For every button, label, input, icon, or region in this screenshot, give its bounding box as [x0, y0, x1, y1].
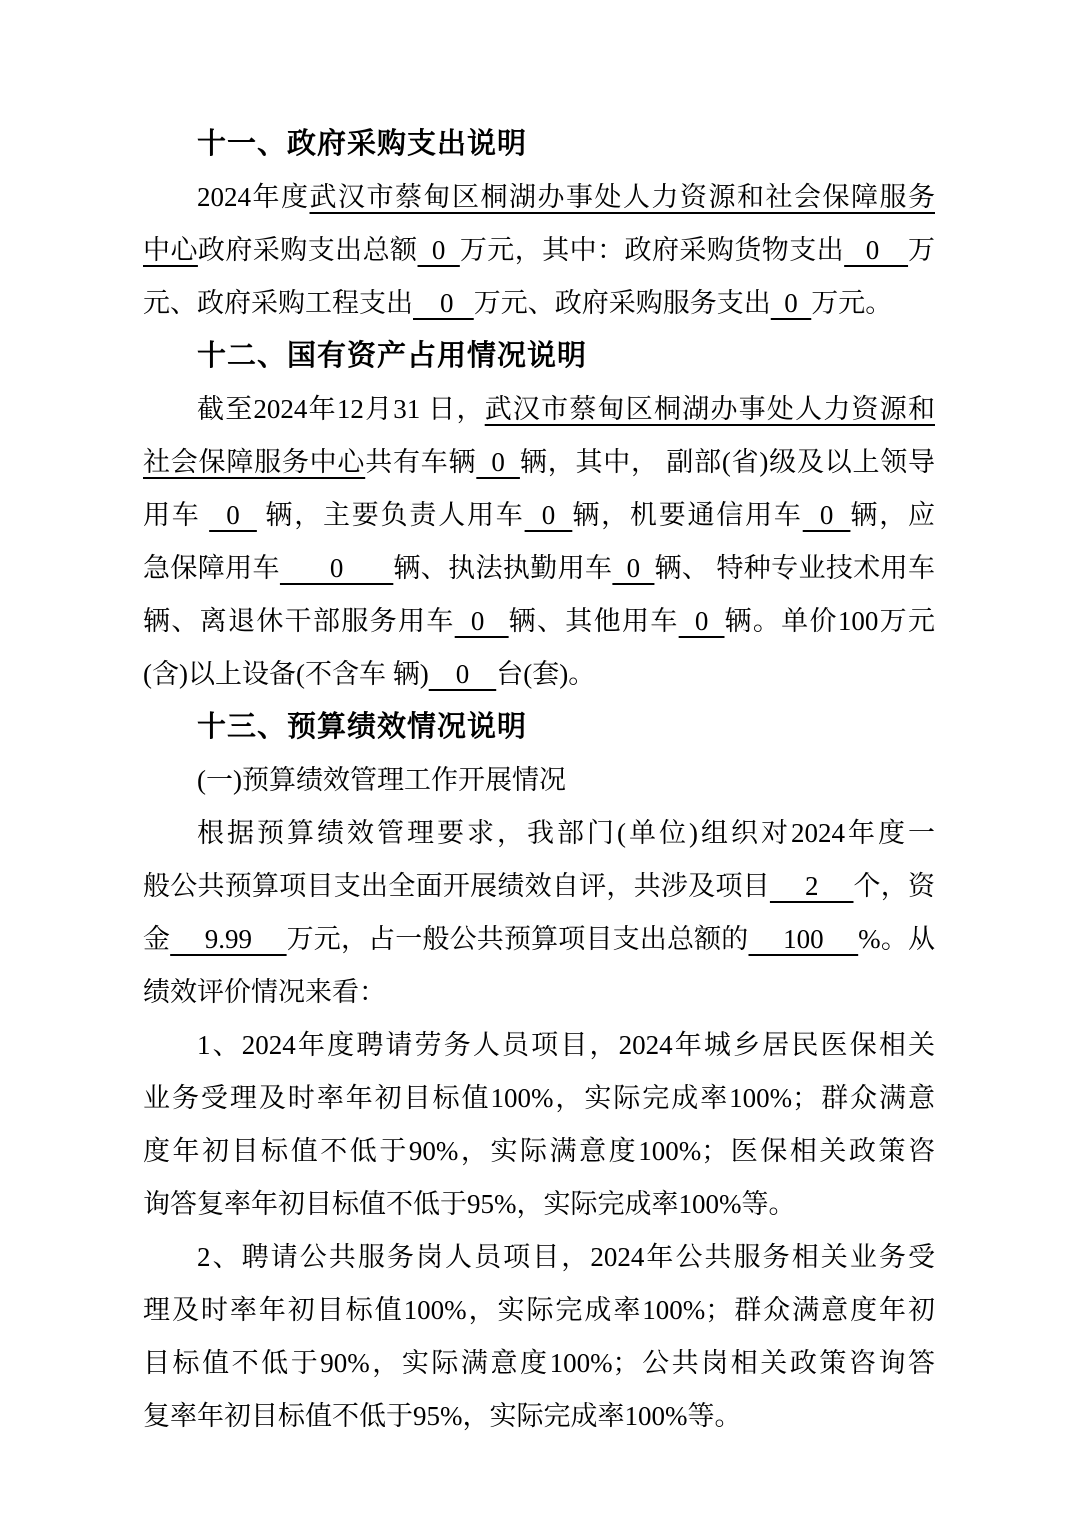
- underlined-blank-value: 武汉市蔡甸区桐湖办事处人力资源和: [485, 394, 935, 424]
- text-line: 2、聘请公共服务岗人员项目，2024年公共服务相关业务受: [143, 1231, 935, 1284]
- section-heading: 十一、政府采购支出说明: [143, 118, 935, 171]
- text-segment: 万: [908, 235, 935, 265]
- text-line: 1、2024年度聘请劳务人员项目，2024年城乡居民医保相关: [143, 1019, 935, 1072]
- text-segment: 1、2024年度聘请劳务人员项目，2024年城乡居民医保相关: [197, 1030, 935, 1060]
- text-segment: 政府采购支出总额: [198, 235, 418, 265]
- text-segment: 询答复率年初目标值不低于95%，实际完成率100%等。: [143, 1189, 795, 1219]
- text-line: 急保障用车 0 辆、执法执勤用车 0 辆、 特种专业技术用车: [143, 542, 935, 595]
- text-segment: %。从: [858, 924, 935, 954]
- text-segment: (含)以上设备(不含车 辆): [143, 659, 429, 689]
- underlined-blank-value: 0: [455, 606, 509, 636]
- underlined-blank-value: 0: [525, 500, 573, 530]
- underlined-blank-value: 100: [748, 924, 858, 954]
- text-segment: 用车: [143, 500, 209, 530]
- text-segment: 理及时率年初目标值100%，实际完成率100%；群众满意度年初: [143, 1295, 935, 1325]
- text-segment: 万元。: [811, 288, 892, 318]
- text-segment: 个，资: [854, 871, 936, 901]
- text-line: 中心政府采购支出总额 0 万元，其中：政府采购货物支出 0 万: [143, 224, 935, 277]
- text-line: 2024年度武汉市蔡甸区桐湖办事处人力资源和社会保障服务: [143, 171, 935, 224]
- text-segment: 辆。单价100万元: [725, 606, 936, 636]
- text-segment: 截至2024年12月31 日，: [197, 394, 485, 424]
- heading-text: 十一、政府采购支出说明: [197, 128, 527, 160]
- underlined-blank-value: 0: [280, 553, 393, 583]
- text-line: 用车 0 辆，主要负责人用车 0 辆，机要通信用车 0 辆，应: [143, 489, 935, 542]
- underlined-blank-value: 0: [612, 553, 654, 583]
- text-segment: 辆，主要负责人用车: [257, 500, 525, 530]
- text-line: 辆、离退休干部服务用车 0 辆、其他用车 0 辆。单价100万元: [143, 595, 935, 648]
- text-segment: 万元，其中：政府采购货物支出: [460, 235, 844, 265]
- text-segment: 万元，占一般公共预算项目支出总额的: [287, 924, 749, 954]
- text-segment: 2、聘请公共服务岗人员项目，2024年公共服务相关业务受: [197, 1242, 935, 1272]
- underlined-blank-value: 0: [418, 235, 460, 265]
- text-segment: 辆、 特种专业技术用车: [654, 553, 935, 583]
- text-segment: 台(套)。: [496, 659, 595, 689]
- text-line: 社会保障服务中心共有车辆 0 辆，其中， 副部(省)级及以上领导: [143, 436, 935, 489]
- text-line: 业务受理及时率年初目标值100%，实际完成率100%；群众满意: [143, 1072, 935, 1125]
- underlined-blank-value: 0: [209, 500, 257, 530]
- underlined-blank-value: 0: [476, 447, 520, 477]
- text-segment: 目标值不低于90%，实际满意度100%；公共岗相关政策咨询答: [143, 1348, 935, 1378]
- underlined-blank-value: 2: [770, 871, 854, 901]
- text-segment: 绩效评价情况来看：: [143, 977, 386, 1007]
- heading-text: 十三、预算绩效情况说明: [197, 711, 527, 743]
- text-segment: 急保障用车: [143, 553, 280, 583]
- underlined-blank-value: 社会保障服务中心: [143, 447, 365, 477]
- text-segment: 业务受理及时率年初目标值100%，实际完成率100%；群众满意: [143, 1083, 935, 1113]
- text-line: 度年初目标值不低于90%，实际满意度100%；医保相关政策咨: [143, 1125, 935, 1178]
- text-line: 根据预算绩效管理要求，我部门(单位)组织对2024年度一: [143, 807, 935, 860]
- text-segment: 金: [143, 924, 170, 954]
- text-line: 目标值不低于90%，实际满意度100%；公共岗相关政策咨询答: [143, 1337, 935, 1390]
- text-line: (一)预算绩效管理工作开展情况: [143, 754, 935, 807]
- underlined-blank-value: 中心: [143, 235, 198, 265]
- text-segment: 复率年初目标值不低于95%，实际完成率100%等。: [143, 1401, 741, 1431]
- text-line: 元、政府采购工程支出 0 万元、政府采购服务支出 0 万元。: [143, 277, 935, 330]
- underlined-blank-value: 0: [771, 288, 812, 318]
- underlined-blank-value: 0: [803, 500, 851, 530]
- underlined-blank-value: 0: [429, 659, 497, 689]
- text-line: 复率年初目标值不低于95%，实际完成率100%等。: [143, 1390, 935, 1443]
- text-line: 询答复率年初目标值不低于95%，实际完成率100%等。: [143, 1178, 935, 1231]
- section-heading: 十二、国有资产占用情况说明: [143, 330, 935, 383]
- text-segment: 辆，其中， 副部(省)级及以上领导: [520, 447, 935, 477]
- text-segment: 般公共预算项目支出全面开展绩效自评，共涉及项目: [143, 871, 770, 901]
- text-line: 绩效评价情况来看：: [143, 966, 935, 1019]
- text-segment: 辆、离退休干部服务用车: [143, 606, 455, 636]
- underlined-blank-value: 9.99: [170, 924, 286, 954]
- text-segment: 辆、其他用车: [509, 606, 679, 636]
- heading-text: 十二、国有资产占用情况说明: [197, 340, 587, 372]
- text-line: 金 9.99 万元，占一般公共预算项目支出总额的 100 %。从: [143, 913, 935, 966]
- text-segment: 辆、执法执勤用车: [393, 553, 612, 583]
- text-segment: 元、政府采购工程支出: [143, 288, 413, 318]
- text-segment: (一)预算绩效管理工作开展情况: [197, 765, 566, 795]
- text-line: (含)以上设备(不含车 辆) 0 台(套)。: [143, 648, 935, 701]
- text-segment: 度年初目标值不低于90%，实际满意度100%；医保相关政策咨: [143, 1136, 935, 1166]
- text-line: 理及时率年初目标值100%，实际完成率100%；群众满意度年初: [143, 1284, 935, 1337]
- underlined-blank-value: 0: [679, 606, 725, 636]
- underlined-blank-value: 0: [844, 235, 908, 265]
- document-page: 十一、政府采购支出说明2024年度武汉市蔡甸区桐湖办事处人力资源和社会保障服务中…: [0, 0, 1074, 1520]
- section-heading: 十三、预算绩效情况说明: [143, 701, 935, 754]
- text-segment: 2024年度: [197, 182, 310, 212]
- underlined-blank-value: 武汉市蔡甸区桐湖办事处人力资源和社会保障服务: [310, 182, 936, 212]
- text-line: 截至2024年12月31 日，武汉市蔡甸区桐湖办事处人力资源和: [143, 383, 935, 436]
- text-line: 般公共预算项目支出全面开展绩效自评，共涉及项目 2 个，资: [143, 860, 935, 913]
- underlined-blank-value: 0: [413, 288, 474, 318]
- text-segment: 辆，机要通信用车: [572, 500, 802, 530]
- text-segment: 共有车辆: [365, 447, 476, 477]
- text-segment: 根据预算绩效管理要求，我部门(单位)组织对2024年度一: [197, 818, 935, 848]
- text-segment: 万元、政府采购服务支出: [474, 288, 771, 318]
- text-segment: 辆，应: [850, 500, 935, 530]
- document-body: 十一、政府采购支出说明2024年度武汉市蔡甸区桐湖办事处人力资源和社会保障服务中…: [143, 118, 935, 1443]
